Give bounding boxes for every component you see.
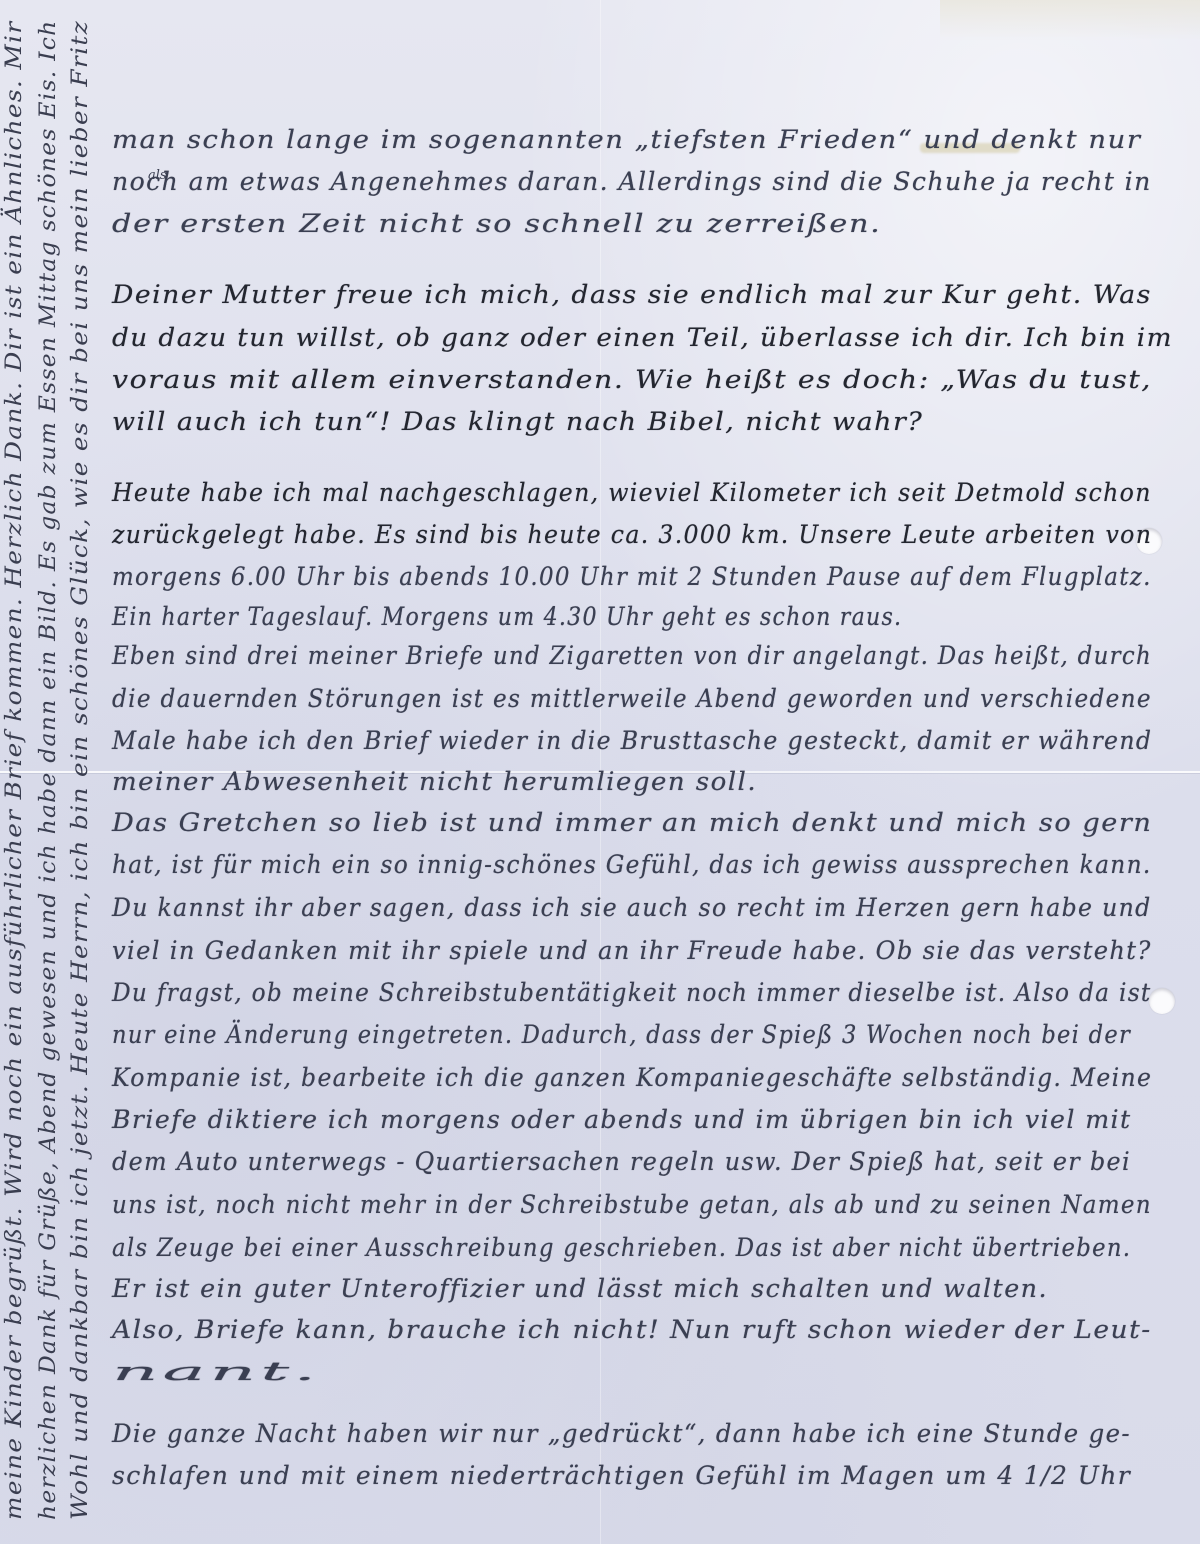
handwritten-line: Die ganze Nacht haben wir nur „gedrückt“… bbox=[112, 1419, 1131, 1448]
letter-page: meine Kinder begrüßt. Wird noch ein ausf… bbox=[0, 0, 1200, 1544]
handwritten-line: meiner Abwesenheit nicht herumliegen sol… bbox=[112, 767, 757, 796]
handwritten-line: man schon lange im sogenannten „tiefsten… bbox=[112, 125, 1141, 154]
handwritten-line: Male habe ich den Brief wieder in die Br… bbox=[112, 726, 1152, 755]
margin-note: meine Kinder begrüßt. Wird noch ein ausf… bbox=[2, 20, 27, 1520]
margin-note: herzlichen Dank für Grüße, Abend gewesen… bbox=[36, 20, 61, 1520]
handwritten-line: Deiner Mutter freue ich mich, dass sie e… bbox=[112, 280, 1152, 309]
handwritten-line: nur eine Änderung eingetreten. Dadurch, … bbox=[112, 1020, 1131, 1049]
handwritten-line: die dauernden Störungen ist es mittlerwe… bbox=[112, 684, 1152, 713]
handwritten-line: morgens 6.00 Uhr bis abends 10.00 Uhr mi… bbox=[112, 562, 1152, 591]
paper-wear bbox=[940, 0, 1200, 40]
handwritten-line: Kompanie ist, bearbeite ich die ganzen K… bbox=[112, 1063, 1152, 1092]
handwritten-line: Das Gretchen so lieb ist und immer an mi… bbox=[112, 808, 1152, 837]
handwritten-line: uns ist, noch nicht mehr in der Schreibs… bbox=[112, 1190, 1152, 1219]
handwritten-line: nant. bbox=[112, 1357, 320, 1386]
handwritten-line: als Zeuge bei einer Ausschreibung geschr… bbox=[112, 1233, 1131, 1262]
handwritten-line: Briefe diktiere ich morgens oder abends … bbox=[112, 1105, 1132, 1134]
handwritten-line: Du kannst ihr aber sagen, dass ich sie a… bbox=[112, 893, 1152, 922]
margin-note: Wohl und dankbar bin ich jetzt. Heute He… bbox=[68, 20, 93, 1520]
handwritten-line: hat, ist für mich ein so innig-schönes G… bbox=[112, 850, 1152, 879]
handwritten-line: schlafen und mit einem niederträchtigen … bbox=[112, 1461, 1131, 1490]
handwritten-line: will auch ich tun“! Das klingt nach Bibe… bbox=[112, 407, 923, 436]
handwritten-line: Also, Briefe kann, brauche ich nicht! Nu… bbox=[112, 1315, 1152, 1344]
handwritten-line: Eben sind drei meiner Briefe und Zigaret… bbox=[112, 641, 1152, 670]
handwritten-line: zurückgelegt habe. Es sind bis heute ca.… bbox=[112, 520, 1152, 549]
handwritten-line: noch am etwas Angenehmes daran. Allerdin… bbox=[112, 167, 1152, 196]
handwritten-line: dem Auto unterwegs - Quartiersachen rege… bbox=[112, 1147, 1131, 1176]
handwritten-line: der ersten Zeit nicht so schnell zu zerr… bbox=[112, 209, 882, 238]
punch-hole-lower bbox=[1149, 988, 1175, 1014]
handwritten-line: viel in Gedanken mit ihr spiele und an i… bbox=[112, 936, 1152, 965]
handwritten-line: Ein harter Tageslauf. Morgens um 4.30 Uh… bbox=[112, 602, 902, 631]
handwritten-line: voraus mit allem einverstanden. Wie heiß… bbox=[112, 365, 1152, 394]
handwritten-line: Heute habe ich mal nachgeschlagen, wievi… bbox=[112, 478, 1152, 507]
handwritten-line: Du fragst, ob meine Schreibstubentätigke… bbox=[112, 978, 1152, 1007]
handwritten-line: du dazu tun willst, ob ganz oder einen T… bbox=[112, 323, 1173, 352]
handwritten-line: Er ist ein guter Unteroffizier und lässt… bbox=[112, 1274, 1048, 1303]
